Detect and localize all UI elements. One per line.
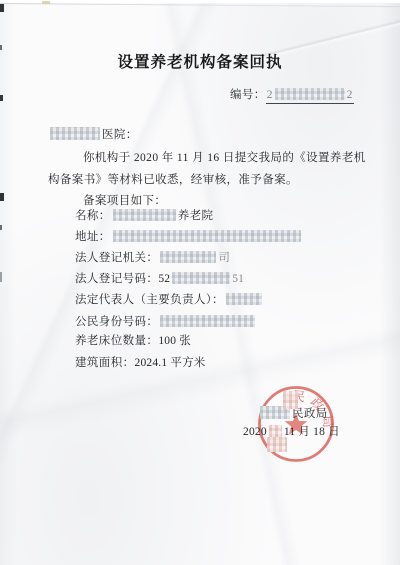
field-value: 2024.1 平方米 bbox=[135, 356, 206, 370]
redaction-block bbox=[160, 315, 255, 327]
redaction-block bbox=[226, 293, 262, 305]
redaction-block bbox=[283, 391, 298, 409]
date-month-day: 11 月 18 日 bbox=[284, 425, 340, 439]
section-heading: 备案项目如下： bbox=[83, 194, 166, 208]
field-row-registrar: 法人登记机关：司 bbox=[75, 251, 230, 265]
redaction-block bbox=[172, 272, 230, 284]
redaction-block bbox=[269, 425, 282, 437]
scan-edge-artifact bbox=[0, 193, 4, 201]
body-paragraph-line-2: 构备案书》等材料已收悉，经审核，准予备案。 bbox=[48, 173, 298, 187]
field-suffix: 司 bbox=[218, 251, 230, 265]
scan-edge-artifact bbox=[0, 272, 2, 282]
field-row-registration-number: 法人登记号码：5251 bbox=[75, 272, 244, 286]
doc-number-visible-start: 2 bbox=[267, 88, 273, 102]
redaction-block bbox=[113, 209, 176, 221]
field-label: 法人登记机关： bbox=[75, 251, 158, 265]
scanned-document-page: 设置养老机构备案回执 编号：22 医院： 你机构于 2020 年 11 月 16… bbox=[0, 0, 400, 565]
date-year: 2020 bbox=[243, 425, 267, 439]
scan-edge-artifact bbox=[0, 4, 4, 12]
field-row-citizen-id: 公民身份号码： bbox=[75, 315, 257, 329]
salutation-text: 医院： bbox=[102, 128, 138, 142]
field-row-bed-count: 养老床位数量：100 张 bbox=[75, 334, 191, 348]
redaction-block bbox=[267, 437, 287, 452]
field-value-suffix: 51 bbox=[232, 272, 244, 286]
scan-edge-artifact bbox=[0, 95, 3, 101]
field-value-prefix: 52 bbox=[158, 272, 170, 286]
doc-number-line: 编号：22 bbox=[230, 88, 354, 104]
field-label: 建筑面积： bbox=[75, 356, 135, 370]
body-paragraph-line-1: 你机构于 2020 年 11 月 16 日提交我局的《设置养老机 bbox=[83, 151, 366, 165]
paper-top-edge bbox=[0, 3, 400, 8]
field-row-legal-representative: 法定代表人（主要负责人）： bbox=[75, 293, 264, 307]
field-label: 地址： bbox=[75, 230, 111, 244]
date-line: 202011 月 18 日 bbox=[243, 425, 340, 439]
redaction-block bbox=[113, 230, 301, 242]
field-row-building-area: 建筑面积：2024.1 平方米 bbox=[75, 356, 206, 370]
scan-edge-artifact bbox=[0, 225, 2, 230]
field-label: 法定代表人（主要负责人）： bbox=[75, 293, 224, 307]
doc-number-visible-end: 2 bbox=[347, 88, 353, 102]
field-suffix: 养老院 bbox=[178, 209, 214, 223]
redaction-block bbox=[160, 251, 216, 263]
field-label: 公民身份号码： bbox=[75, 315, 158, 329]
doc-number-value: 22 bbox=[266, 88, 354, 104]
redaction-block bbox=[50, 127, 100, 140]
redaction-block bbox=[275, 88, 345, 100]
field-label: 法人登记号码： bbox=[75, 272, 158, 286]
field-label: 名称： bbox=[75, 209, 111, 223]
field-row-address: 地址： bbox=[75, 230, 303, 244]
field-label: 养老床位数量： bbox=[75, 334, 158, 348]
field-value: 100 张 bbox=[158, 334, 191, 348]
salutation-line: 医院： bbox=[48, 127, 138, 142]
doc-number-label: 编号： bbox=[230, 88, 266, 102]
issuer-name-suffix: 民政局 bbox=[292, 407, 328, 421]
field-row-name: 名称：养老院 bbox=[75, 209, 213, 223]
page-title: 设置养老机构备案回执 bbox=[0, 50, 400, 72]
